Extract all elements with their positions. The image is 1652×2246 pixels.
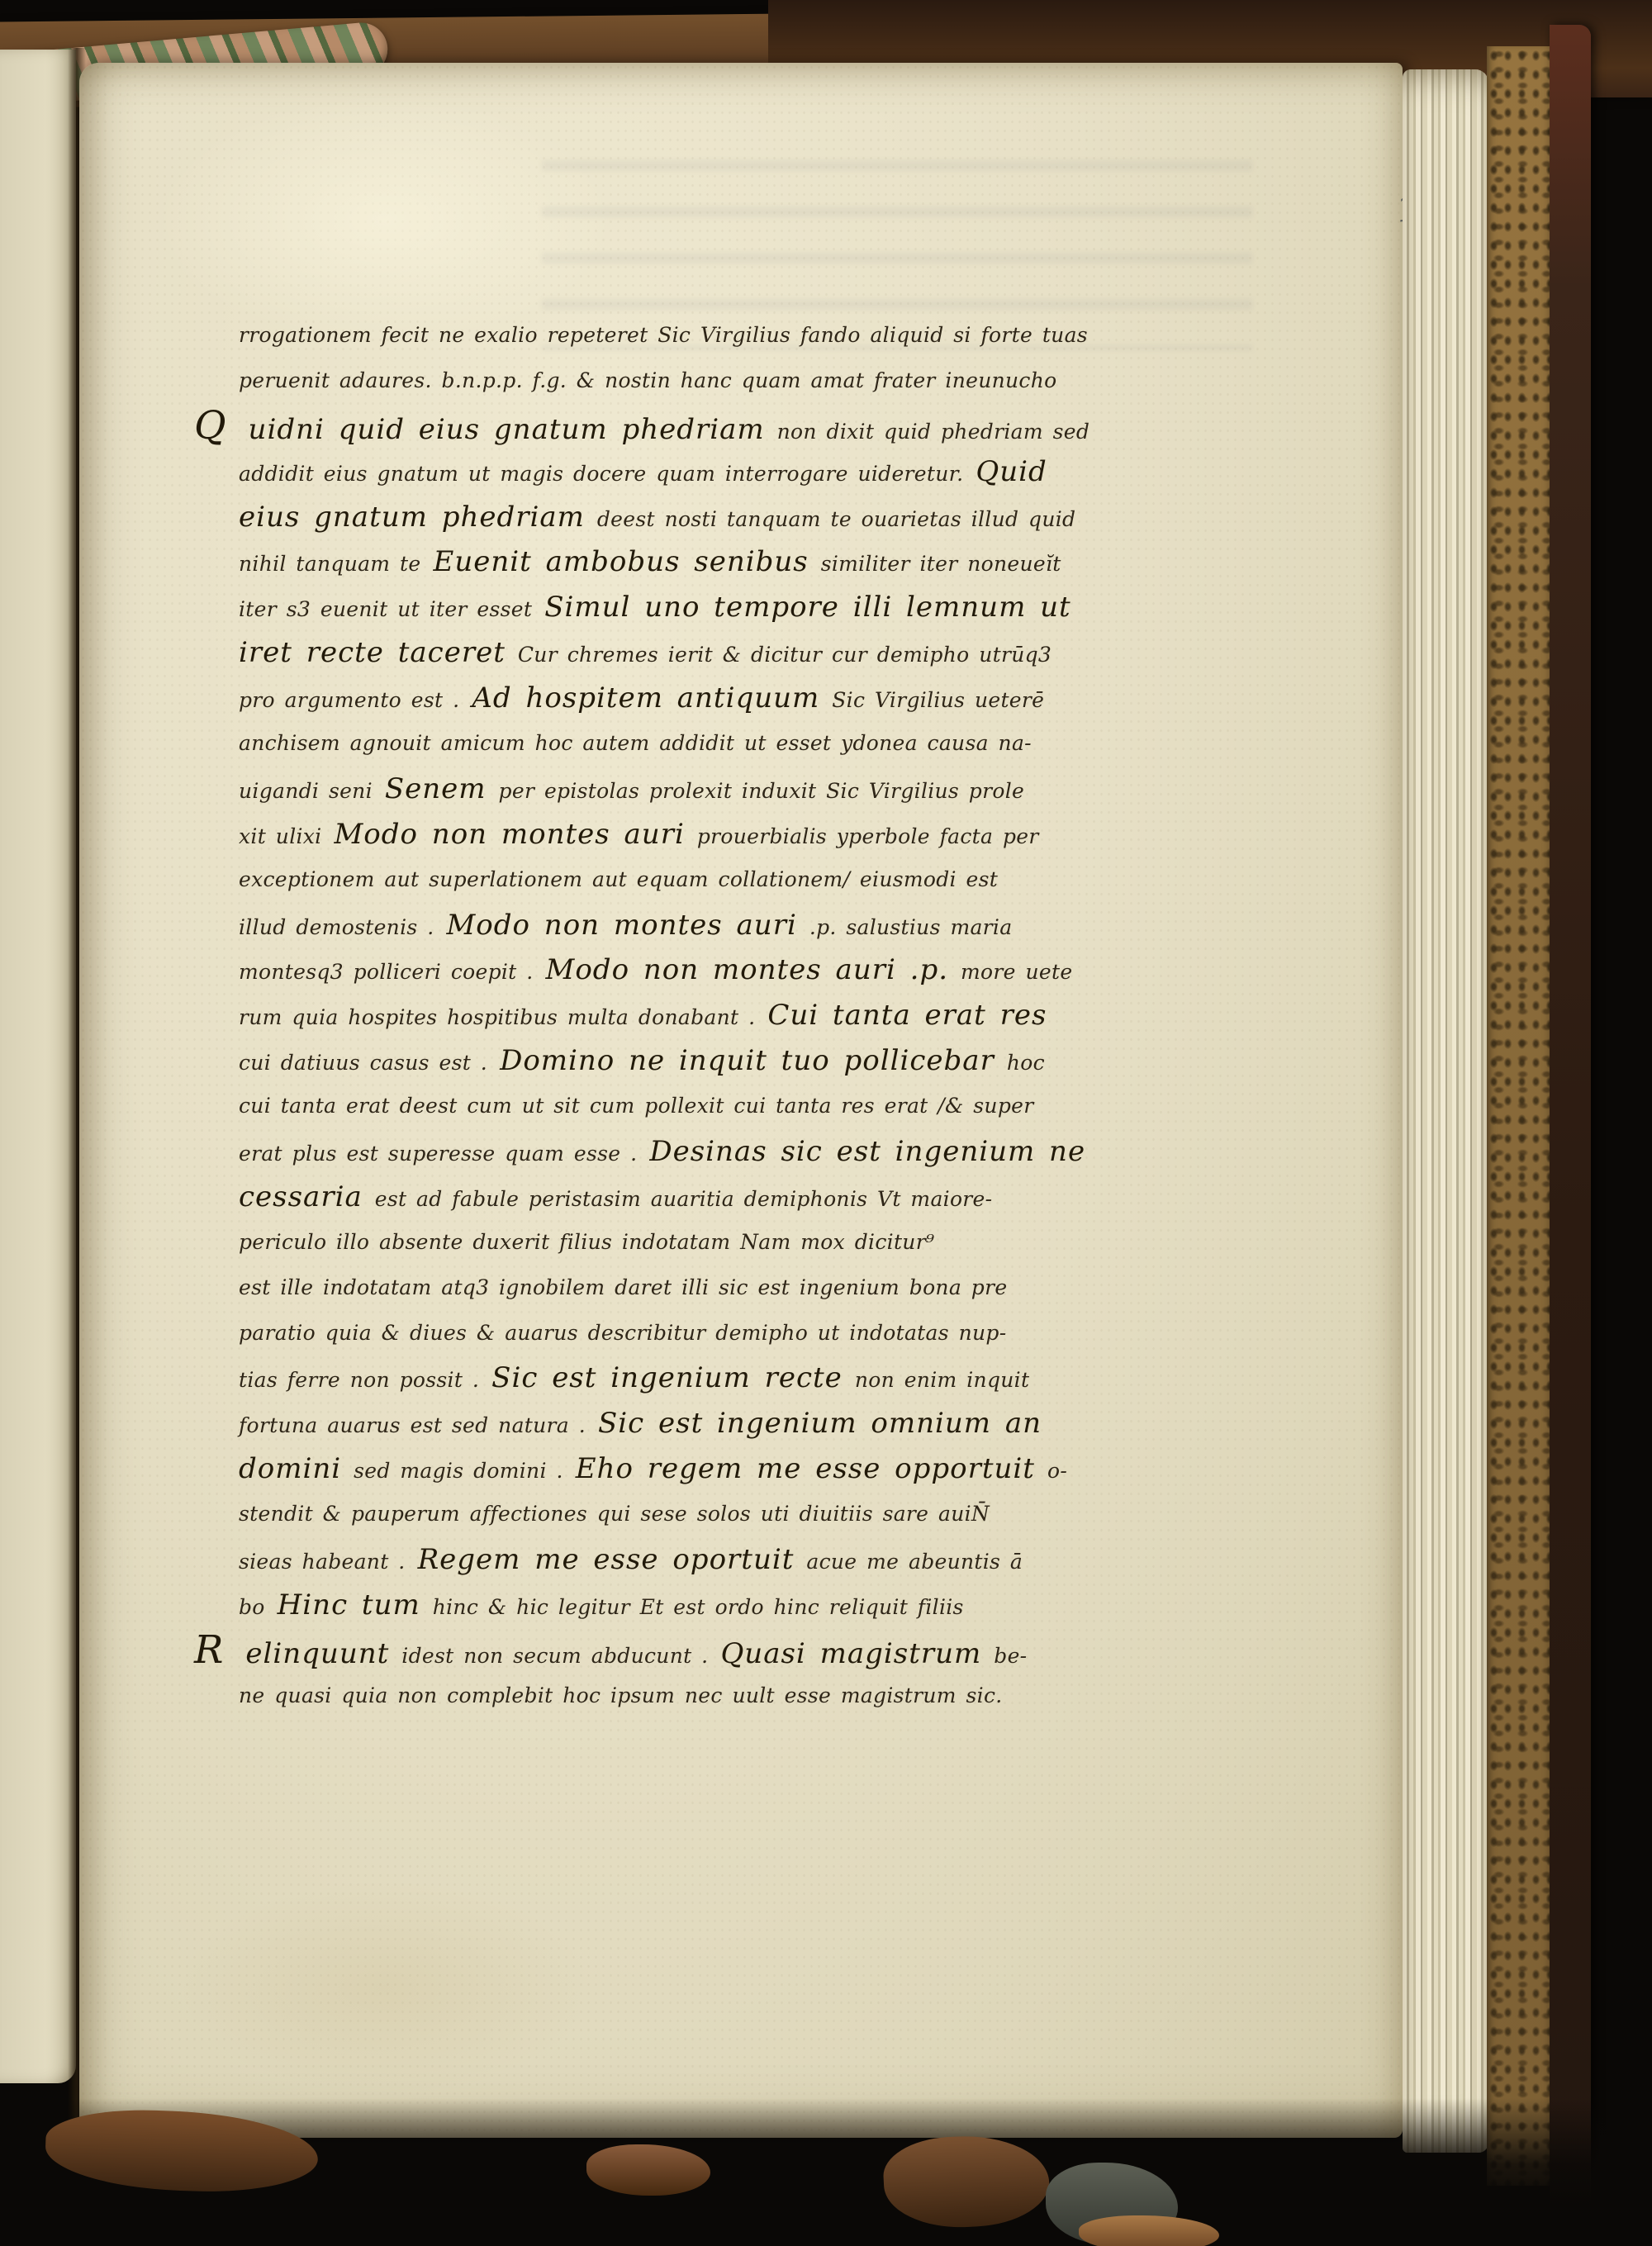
text-line: Relinquuntidest non secum abducunt .Quas… [239, 1628, 1238, 1674]
text-line: stendit & pauperum affectiones qui sese … [239, 1492, 1238, 1537]
text-segment-gloss: sieas habeant . [239, 1550, 406, 1574]
text-line: dominised magis domini .Eho regem me ess… [239, 1446, 1238, 1492]
text-line: uigandi seniSenemper epistolas prolexit … [239, 767, 1238, 812]
text-segment-gloss: addidit eius gnatum ut magis docere quam… [239, 462, 963, 486]
text-segment-gloss: xit ulixi [239, 824, 321, 848]
text-segment-gloss: Cur chremes ierit & dicitur cur demipho … [518, 643, 1051, 667]
text-line: rum quia hospites hospitibus multa donab… [239, 993, 1238, 1038]
text-segment-gloss: fortuna auarus est sed natura . [239, 1413, 586, 1437]
text-line: iter s3 euenit ut iter essetSimul uno te… [239, 585, 1238, 630]
text-segment-gloss: tias ferre non possit . [239, 1368, 479, 1392]
text-segment-lemma: Euenit ambobus senibus [434, 545, 809, 578]
text-segment-lemma: Senem [385, 772, 487, 805]
text-line: rrogationem fecit ne exalio repeteret Si… [239, 313, 1238, 359]
text-line: peruenit adaures. b.n.p.p. f.g. & nostin… [239, 359, 1238, 404]
text-segment-gloss: uigandi seni [239, 779, 373, 803]
text-segment-gloss: periculo illo absente duxerit filius ind… [239, 1230, 934, 1254]
text-segment-lemma: Quasi magistrum [720, 1637, 981, 1670]
text-segment-lemma: Modo non montes auri .p. [546, 953, 949, 986]
manuscript-page: 192 rrogationem fecit ne exalio repetere… [79, 63, 1403, 2138]
text-segment-lemma: Cui tanta erat res [767, 999, 1047, 1032]
text-line: periculo illo absente duxerit filius ind… [239, 1220, 1238, 1265]
facing-page-edge [0, 50, 76, 2083]
text-segment-gloss: non dixit quid phedriam sed [777, 420, 1089, 444]
text-segment-gloss: nihil tanquam te [239, 552, 421, 576]
text-line: Quidni quid eius gnatum phedriamnon dixi… [239, 404, 1238, 449]
text-block: rrogationem fecit ne exalio repeteret Si… [239, 313, 1238, 1719]
text-segment-gloss: deest nosti tanquam te ouarietas illud q… [597, 507, 1075, 531]
text-segment-gloss: montesq3 polliceri coepit . [239, 960, 534, 984]
text-line: nihil tanquam teEuenit ambobus senibussi… [239, 539, 1238, 585]
text-line: montesq3 polliceri coepit .Modo non mont… [239, 947, 1238, 993]
text-line: est ille indotatam atq3 ignobilem daret … [239, 1265, 1238, 1311]
page-stack-fore-edge [1403, 69, 1488, 2153]
text-segment-gloss: per epistolas prolexit induxit Sic Virgi… [499, 779, 1025, 803]
text-segment-gloss: peruenit adaures. b.n.p.p. f.g. & nostin… [239, 368, 1056, 392]
text-segment-gloss: bo [239, 1595, 265, 1619]
text-segment-gloss: anchisem agnouit amicum hoc autem addidi… [239, 731, 1032, 755]
text-line: iret recte taceretCur chremes ierit & di… [239, 630, 1238, 676]
text-segment-lemma: Sic est ingenium recte [491, 1361, 843, 1394]
text-segment-lemma: iret recte taceret [239, 636, 506, 669]
text-segment-lemma: Eho regem me esse opportuit [576, 1452, 1035, 1485]
text-segment-lemma: uidni quid eius gnatum phedriam [249, 413, 765, 446]
text-segment-lemma: elinquunt [245, 1637, 389, 1670]
text-segment-initial: R [194, 1627, 223, 1673]
text-segment-gloss: idest non secum abducunt . [401, 1644, 708, 1668]
text-segment-initial: Q [194, 403, 226, 449]
text-line: addidit eius gnatum ut magis docere quam… [239, 449, 1238, 495]
text-segment-gloss: acue me abeuntis ā [806, 1550, 1023, 1574]
text-segment-lemma: domini [239, 1452, 341, 1485]
text-segment-lemma: Regem me esse oportuit [418, 1543, 795, 1576]
text-segment-gloss: hoc [1007, 1051, 1045, 1075]
text-segment-gloss: erat plus est superesse quam esse . [239, 1142, 637, 1166]
text-line: xit ulixiModo non montes auriprouerbiali… [239, 812, 1238, 857]
text-segment-lemma: Quid [976, 455, 1047, 488]
text-segment-lemma: cessaria [239, 1180, 363, 1213]
text-segment-lemma: Ad hospitem antiquum [472, 681, 819, 715]
board-mottled-edge [1487, 46, 1551, 2186]
text-line: erat plus est superesse quam esse .Desin… [239, 1129, 1238, 1175]
manuscript-photo: 192 rrogationem fecit ne exalio repetere… [0, 0, 1652, 2246]
text-segment-gloss: o- [1047, 1459, 1067, 1483]
text-segment-lemma: Hinc tum [278, 1588, 420, 1622]
text-line: cui tanta erat deest cum ut sit cum poll… [239, 1084, 1238, 1129]
text-segment-gloss: non enim inquit [855, 1368, 1030, 1392]
text-segment-gloss: hinc & hic legitur Et est ordo hinc reli… [433, 1595, 964, 1619]
text-segment-gloss: be- [994, 1644, 1027, 1668]
text-segment-gloss: rrogationem fecit ne exalio repeteret Si… [239, 323, 1088, 347]
text-line: boHinc tumhinc & hic legitur Et est ordo… [239, 1583, 1238, 1628]
text-segment-gloss: stendit & pauperum affectiones qui sese … [239, 1502, 990, 1526]
text-segment-gloss: prouerbialis yperbole facta per [697, 824, 1039, 848]
text-segment-gloss: illud demostenis . [239, 915, 434, 939]
text-segment-gloss: rum quia hospites hospitibus multa donab… [239, 1005, 755, 1029]
text-segment-gloss: cui datiuus casus est . [239, 1051, 487, 1075]
text-segment-lemma: Desinas sic est ingenium ne [649, 1135, 1085, 1168]
text-segment-lemma: Modo non montes auri [334, 818, 684, 851]
text-line: eius gnatum phedriamdeest nosti tanquam … [239, 495, 1238, 540]
text-segment-lemma: Modo non montes auri [446, 909, 796, 942]
text-segment-gloss: exceptionem aut superlationem aut equam … [239, 867, 998, 891]
text-segment-lemma: Domino ne inquit tuo pollicebar [500, 1044, 995, 1077]
text-segment-gloss: iter s3 euenit ut iter esset [239, 597, 532, 621]
text-segment-lemma: eius gnatum phedriam [239, 501, 585, 534]
text-line: paratio quia & diues & auarus describitu… [239, 1311, 1238, 1356]
text-segment-gloss: similiter iter noneueĭt [821, 552, 1061, 576]
text-segment-gloss: .p. salustius maria [809, 915, 1013, 939]
text-line: fortuna auarus est sed natura .Sic est i… [239, 1401, 1238, 1446]
text-segment-gloss: cui tanta erat deest cum ut sit cum poll… [239, 1094, 1033, 1118]
text-line: illud demostenis .Modo non montes auri.p… [239, 903, 1238, 948]
text-segment-lemma: Sic est ingenium omnium an [598, 1407, 1042, 1440]
text-segment-gloss: est ille indotatam atq3 ignobilem daret … [239, 1275, 1007, 1299]
text-segment-gloss: pro argumento est . [239, 688, 459, 712]
text-line: cessariaest ad fabule peristasim auariti… [239, 1175, 1238, 1220]
text-segment-gloss: ne quasi quia non complebit hoc ipsum ne… [239, 1683, 1003, 1707]
text-segment-gloss: paratio quia & diues & auarus describitu… [239, 1321, 1006, 1345]
text-segment-gloss: more uete [961, 960, 1072, 984]
text-line: ne quasi quia non complebit hoc ipsum ne… [239, 1674, 1238, 1719]
text-line: tias ferre non possit .Sic est ingenium … [239, 1356, 1238, 1401]
cover-dark-edge [1550, 25, 1591, 2214]
text-segment-gloss: sed magis domini . [354, 1459, 563, 1483]
text-line: sieas habeant .Regem me esse oportuitacu… [239, 1537, 1238, 1583]
text-line: anchisem agnouit amicum hoc autem addidi… [239, 721, 1238, 767]
text-segment-gloss: est ad fabule peristasim auaritia demiph… [375, 1187, 993, 1211]
parchment-stain [178, 1880, 591, 2095]
text-line: cui datiuus casus est .Domino ne inquit … [239, 1038, 1238, 1084]
text-line: pro argumento est .Ad hospitem antiquumS… [239, 676, 1238, 721]
text-line: exceptionem aut superlationem aut equam … [239, 857, 1238, 903]
text-segment-gloss: Sic Virgilius ueterē [832, 688, 1044, 712]
text-segment-lemma: Simul uno tempore illi lemnum ut [544, 591, 1070, 624]
